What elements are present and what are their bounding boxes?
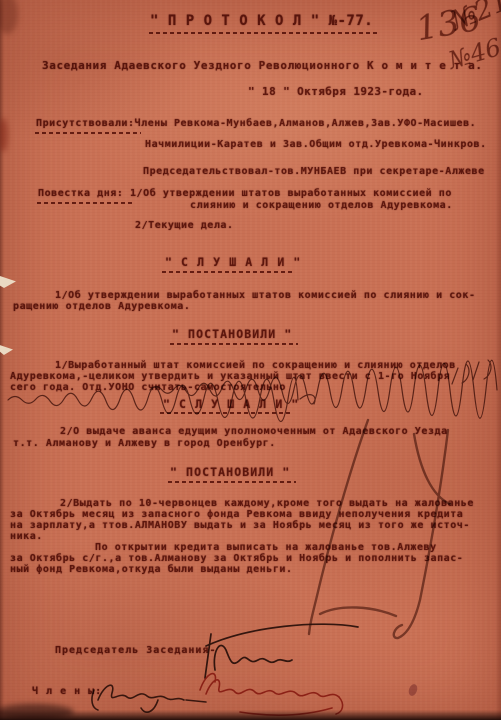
member-signature-dark [92, 685, 206, 712]
pencil-stroke-marks [309, 420, 450, 638]
member-signature-red [200, 674, 343, 716]
handwritten-correction-scribble [8, 360, 497, 422]
chairman-signature [205, 624, 358, 678]
handwriting-overlay [0, 0, 501, 720]
ink-stain [407, 683, 419, 697]
document-photo: " П Р О Т О К О Л " №-77. Заседания Адае… [0, 0, 501, 720]
